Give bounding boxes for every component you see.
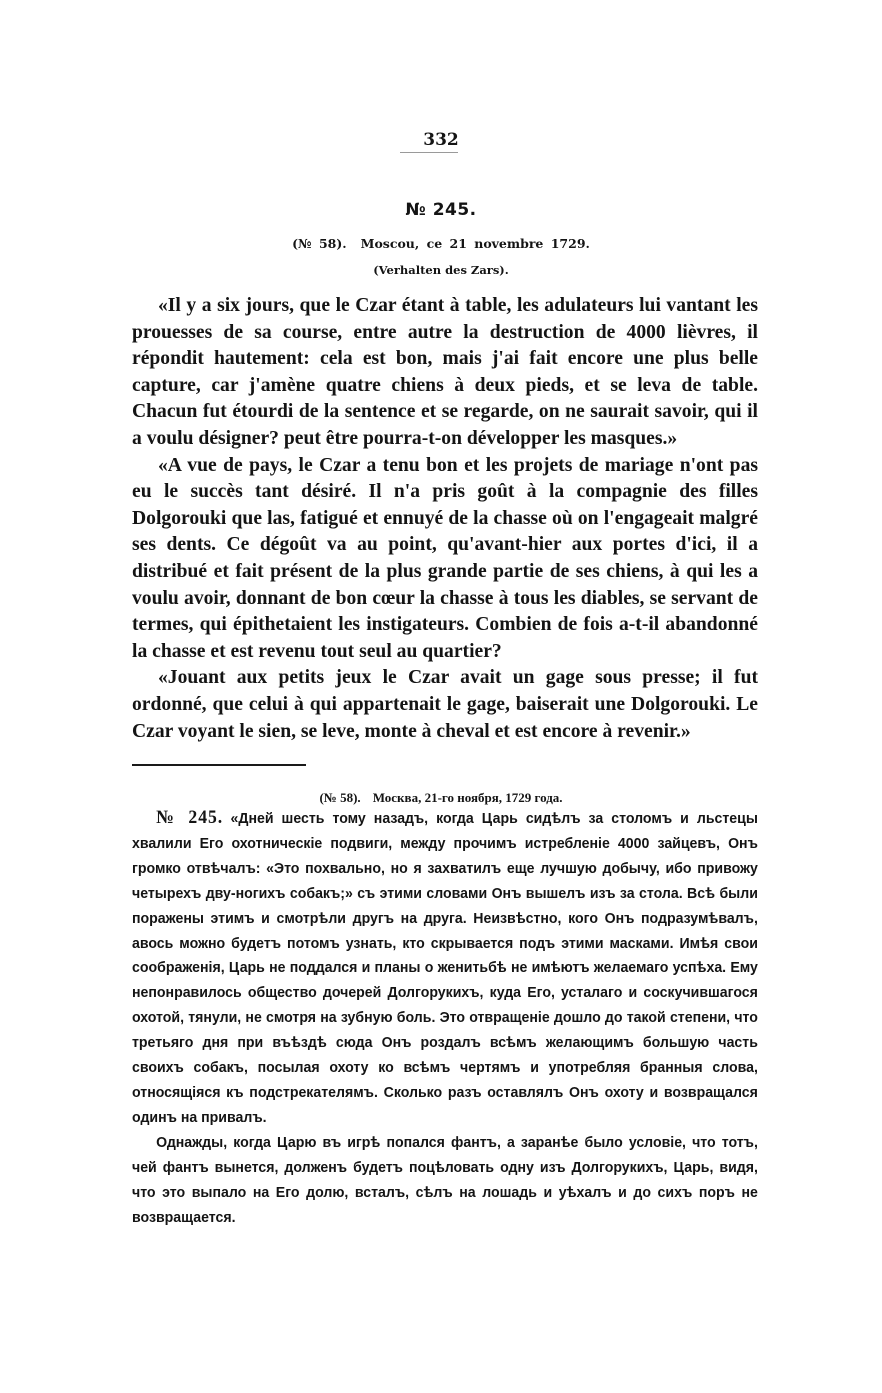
french-paragraph: «A vue de pays, le Czar a tenu bon et le…: [132, 453, 758, 666]
footnote-divider: [132, 764, 306, 766]
page-number-divider: [400, 152, 458, 153]
page-number: 332: [0, 130, 882, 150]
russian-document-number: № 245.: [156, 807, 223, 828]
document-meta: (№ 58).Moscou, ce 21 novembre 1729.: [0, 236, 882, 251]
russian-paragraph-text: «Дней шесть тому назадъ, когда Царь сидѣ…: [132, 810, 758, 1126]
document-title: № 245.: [0, 200, 882, 220]
place-date: Moscou, ce 21 novembre 1729.: [361, 236, 590, 251]
russian-meta: (№ 58).Москва, 21-го ноября, 1729 года.: [0, 790, 882, 806]
french-paragraph: «Jouant aux petits jeux le Czar avait un…: [132, 665, 758, 745]
document-subtitle: (Verhalten des Zars).: [0, 263, 882, 277]
french-text: «Il y a six jours, que le Czar étant à t…: [132, 293, 758, 745]
russian-text: № 245.«Дней шесть тому назадъ, когда Цар…: [132, 806, 758, 1230]
russian-place-date: Москва, 21-го ноября, 1729 года.: [373, 790, 563, 805]
russian-paragraph: Однажды, когда Царю въ игрѣ попался фант…: [132, 1131, 758, 1231]
russian-source-reference: (№ 58).: [319, 790, 360, 805]
source-reference: (№ 58).: [292, 236, 347, 251]
french-paragraph: «Il y a six jours, que le Czar étant à t…: [132, 293, 758, 453]
russian-paragraph: № 245.«Дней шесть тому назадъ, когда Цар…: [132, 806, 758, 1131]
